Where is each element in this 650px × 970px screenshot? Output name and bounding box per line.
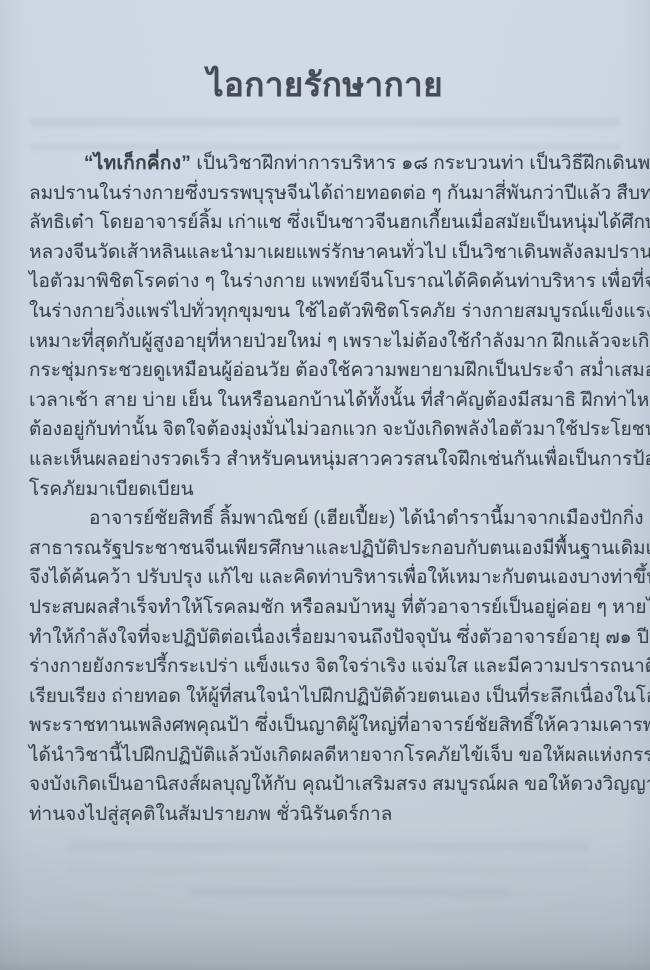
page-title: ไอกายรักษากาย — [0, 58, 650, 111]
text-line: อาจารย์ชัยสิทธิ์ ลิ้มพาณิชย์ (เฮียเปี้ยะ… — [29, 504, 628, 534]
text-line: สาธารณรัฐประชาชนจีนเพียรศึกษาและปฏิบัติป… — [29, 534, 628, 564]
paragraph-1-first-line: “ไทเก็กคี่กง” เป็นวิชาฝึกท่าการบริหาร ๑๘… — [29, 149, 628, 179]
showthrough-band — [30, 118, 620, 150]
text-line: หลวงจีนวัดเส้าหลินและนำมาเผยแพร่รักษาคนท… — [29, 238, 628, 268]
first-line-rest: เป็นวิชาฝึกท่าการบริหาร ๑๘ กระบวนท่า เป็… — [191, 153, 650, 174]
text-line: และเห็นผลอย่างรวดเร็ว สำหรับคนหนุ่มสาวคว… — [29, 445, 628, 475]
showthrough-band — [190, 888, 510, 914]
text-line: ได้นำวิชานี้ไปฝึกปฏิบัติแล้วบังเกิดผลดีห… — [29, 741, 628, 771]
text-line: ต้องอยู่กับท่านั้น จิตใจต้องมุ่งมั่นไม่ว… — [29, 415, 628, 445]
paragraph-1-lines: ลมปรานในร่างกายซึ่งบรรพบุรุษจีนได้ถ่ายทอ… — [29, 179, 628, 505]
text-line: จงบังเกิดเป็นอานิสงส์ผลบุญให้กับ คุณป้าเ… — [29, 770, 628, 800]
text-line: ลัทธิเต๋า โดยอาจารย์ลิ้ม เก่าแช ซึ่งเป็น… — [29, 208, 628, 238]
bold-lead-term: “ไทเก็กคี่กง” — [84, 153, 191, 174]
paragraph-2-lines: อาจารย์ชัยสิทธิ์ ลิ้มพาณิชย์ (เฮียเปี้ยะ… — [29, 504, 628, 830]
text-line: ในร่างกายวิ่งแพร่ไปทั่วทุกขุมขน ใช้ไอตัว… — [29, 297, 628, 327]
paragraph-2: อาจารย์ชัยสิทธิ์ ลิ้มพาณิชย์ (เฮียเปี้ยะ… — [29, 504, 628, 830]
text-line: ท่านจงไปสู่สุคติในสัมปรายภพ ชั่วนิรันดร์… — [29, 800, 628, 830]
text-line: ประสบผลสำเร็จทำให้โรคลมชัก หรือลมบ้าหมู … — [29, 593, 628, 623]
text-line: โรคภัยมาเบียดเบียน — [29, 475, 628, 505]
text-line: ทำให้กำลังใจที่จะปฏิบัติต่อเนื่องเรื่อยม… — [29, 623, 628, 653]
text-line: จึงได้ค้นคว้า ปรับปรุง แก้ไข และคิดท่าบร… — [29, 563, 628, 593]
text-line: กระชุ่มกระชวยดูเหมือนผู้อ่อนวัย ต้องใช้ค… — [29, 356, 628, 386]
text-line: พระราชทานเพลิงศพคุณป้า ซึ่งเป็นญาติผู้ให… — [29, 711, 628, 741]
text-line: เวลาเช้า สาย บ่าย เย็น ในหรือนอกบ้านได้ท… — [29, 386, 628, 416]
text-line: ลมปรานในร่างกายซึ่งบรรพบุรุษจีนได้ถ่ายทอ… — [29, 179, 628, 209]
showthrough-band — [70, 842, 590, 872]
text-line: ร่างกายยังกระปรี้กระเปร่า แข็งแรง จิตใจร… — [29, 652, 628, 682]
paragraph-1: “ไทเก็กคี่กง” เป็นวิชาฝึกท่าการบริหาร ๑๘… — [29, 149, 628, 504]
text-line: เรียบเรียง ถ่ายทอด ให้ผู้ที่สนใจนำไปฝึกป… — [29, 682, 628, 712]
text-line: เหมาะที่สุดกับผู้สูงอายุที่หายป่วยใหม่ ๆ… — [29, 327, 628, 357]
book-page: ไอกายรักษากาย “ไทเก็กคี่กง” เป็นวิชาฝึกท… — [0, 0, 650, 970]
page-body: “ไทเก็กคี่กง” เป็นวิชาฝึกท่าการบริหาร ๑๘… — [29, 149, 628, 830]
text-line: ไอตัวมาพิชิตโรคต่าง ๆ ในร่างกาย แพทย์จีน… — [29, 267, 628, 297]
